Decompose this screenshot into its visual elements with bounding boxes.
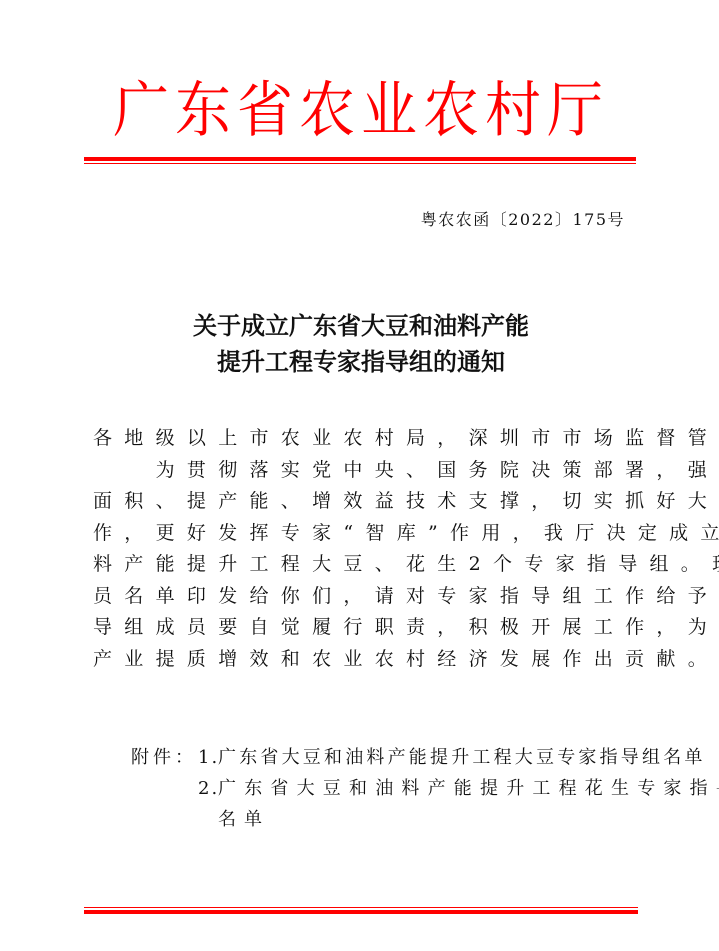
body-line: 导组成员要自觉履行职责，积极开展工作，为促进我省大豆油料: [93, 612, 633, 644]
divider-thin-line: [84, 163, 636, 164]
body-line: 产业提质增效和农业农村经济发展作出贡献。: [93, 644, 633, 676]
divider-thick-line: [84, 910, 638, 914]
document-body: 各地级以上市农业农村局，深圳市市场监督管理局，有关单位： 为贯彻落实党中央、国务…: [93, 423, 633, 675]
body-line: 面积、提产能、增效益技术支撑，切实抓好大豆油料生产指导工: [93, 486, 633, 518]
document-title-line-2: 提升工程专家指导组的通知: [84, 344, 638, 380]
attachment-number: 2.: [198, 773, 218, 804]
body-line: 为贯彻落实党中央、国务院决策部署，强化我省大豆油料扩: [93, 455, 633, 487]
footer-divider-bottom: [84, 907, 638, 914]
masthead-divider-top: [84, 157, 636, 164]
body-line: 料产能提升工程大豆、花生2个专家指导组。现将专家指导组成: [93, 549, 633, 581]
attachment-title: 广东省大豆和油料产能提升工程大豆专家指导组名单: [218, 742, 706, 773]
salutation: 各地级以上市农业农村局，深圳市市场监督管理局，有关单位：: [93, 423, 633, 455]
attachment-title: 广东省大豆和油料产能提升工程花生专家指导组: [218, 773, 719, 804]
attachments-section: 附件： 1. 广东省大豆和油料产能提升工程大豆专家指导组名单 2. 广东省大豆和…: [131, 742, 719, 835]
document-number: 粤农农函〔2022〕175号: [421, 208, 625, 232]
attachment-item-2: 2. 广东省大豆和油料产能提升工程花生专家指导组: [131, 773, 719, 804]
masthead-title: 广东省农业农村厅: [84, 72, 638, 150]
document-title: 关于成立广东省大豆和油料产能 提升工程专家指导组的通知: [84, 308, 638, 380]
attachments-label-spacer: [131, 773, 198, 804]
attachment-number: 1.: [198, 742, 218, 773]
attachment-item-1: 附件： 1. 广东省大豆和油料产能提升工程大豆专家指导组名单: [131, 742, 719, 773]
attachments-label: 附件：: [131, 742, 198, 773]
attachment-title-continuation: 名单: [131, 804, 719, 835]
document-title-line-1: 关于成立广东省大豆和油料产能: [84, 308, 638, 344]
body-line: 作，更好发挥专家“智库”作用，我厅决定成立广东省大豆和油: [93, 518, 633, 550]
body-line: 员名单印发给你们，请对专家指导组工作给予大力支持。专家指: [93, 581, 633, 613]
